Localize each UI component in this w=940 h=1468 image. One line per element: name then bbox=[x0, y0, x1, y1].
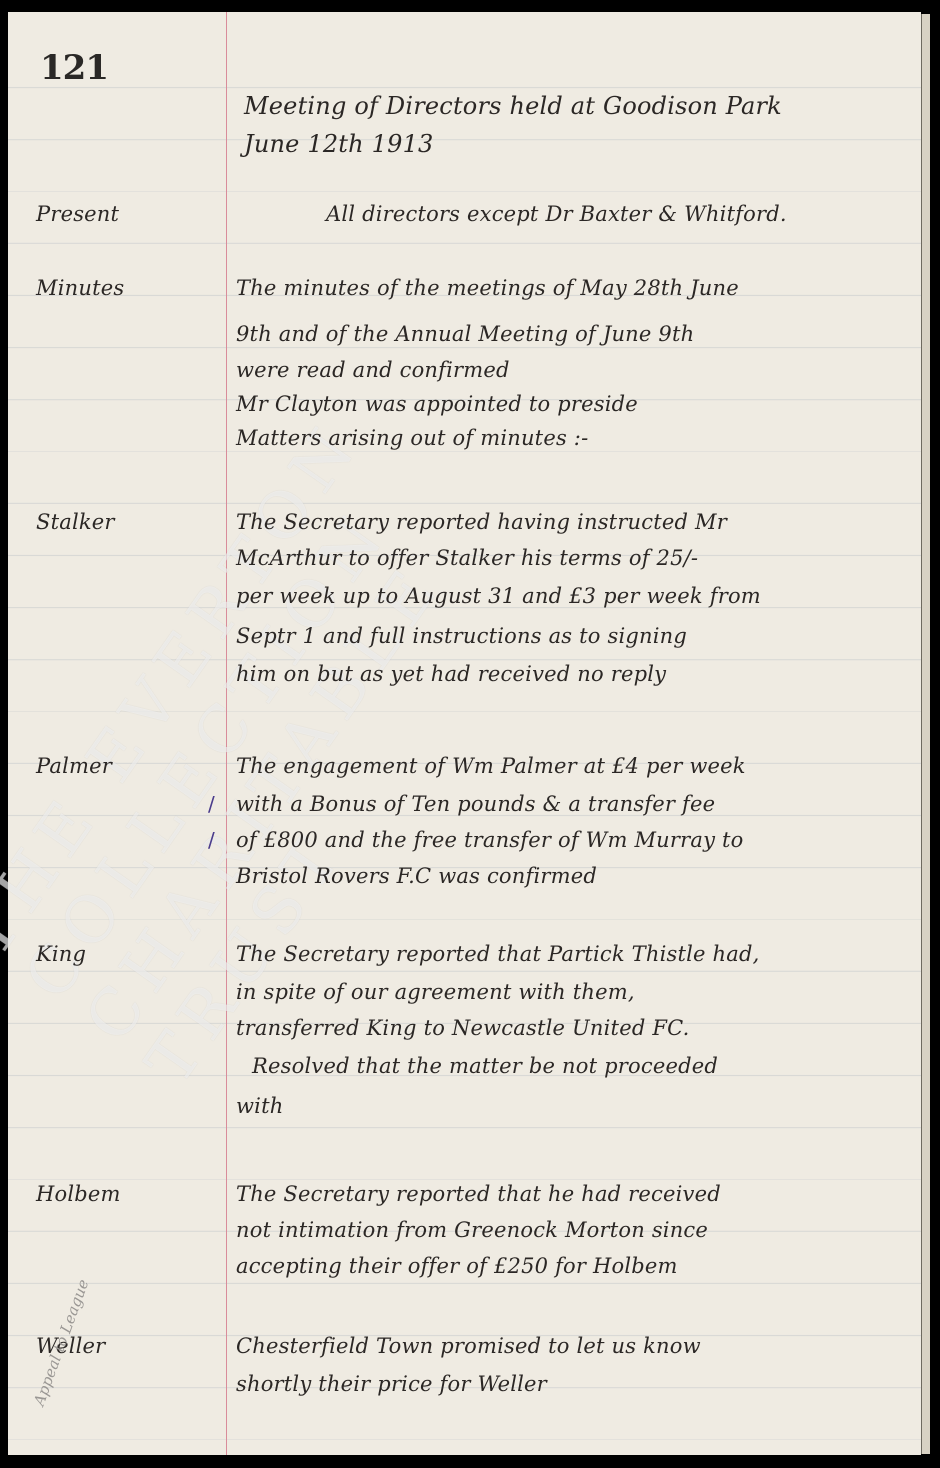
entry-line: The Secretary reported that Partick This… bbox=[236, 942, 760, 966]
meeting-date: June 12th 1913 bbox=[244, 130, 434, 158]
margin-rule bbox=[226, 12, 227, 1455]
entry-label-holbem: Holbem bbox=[36, 1182, 121, 1206]
entry-line: Chesterfield Town promised to let us kno… bbox=[236, 1334, 701, 1358]
entry-label-minutes: Minutes bbox=[36, 276, 124, 300]
page-number: 121 bbox=[40, 48, 108, 88]
entry-line: Resolved that the matter be not proceede… bbox=[236, 1054, 718, 1078]
entry-line: The minutes of the meetings of May 28th … bbox=[236, 276, 739, 300]
check-mark-icon: / bbox=[208, 792, 215, 816]
entry-line: were read and confirmed bbox=[236, 358, 510, 382]
entry-line: McArthur to offer Stalker his terms of 2… bbox=[236, 546, 698, 570]
entry-line: with a Bonus of Ten pounds & a transfer … bbox=[236, 792, 715, 816]
entry-line: Mr Clayton was appointed to preside bbox=[236, 392, 638, 416]
entry-line: The engagement of Wm Palmer at £4 per we… bbox=[236, 754, 746, 778]
entry-line: per week up to August 31 and £3 per week… bbox=[236, 584, 761, 608]
entry-label-present: Present bbox=[36, 202, 119, 226]
entry-line: Septr 1 and full instructions as to sign… bbox=[236, 624, 687, 648]
entry-label-stalker: Stalker bbox=[36, 510, 115, 534]
entry-line: accepting their offer of £250 for Holbem bbox=[236, 1254, 678, 1278]
entry-line: not intimation from Greenock Morton sinc… bbox=[236, 1218, 708, 1242]
entry-line: Bristol Rovers F.C was confirmed bbox=[236, 864, 597, 888]
entry-line: in spite of our agreement with them, bbox=[236, 980, 635, 1004]
entry-line: transferred King to Newcastle United FC. bbox=[236, 1016, 690, 1040]
page-edge bbox=[921, 14, 930, 1454]
entry-line: All directors except Dr Baxter & Whitfor… bbox=[326, 202, 787, 226]
entry-line: with bbox=[236, 1094, 283, 1118]
meeting-title: Meeting of Directors held at Goodison Pa… bbox=[244, 92, 782, 120]
entry-label-palmer: Palmer bbox=[36, 754, 112, 778]
entry-line: The Secretary reported that he had recei… bbox=[236, 1182, 721, 1206]
ledger-page: THE EVERTON COLLECTION CHARITABLE TRUST … bbox=[8, 12, 921, 1455]
entry-line: The Secretary reported having instructed… bbox=[236, 510, 727, 534]
entry-label-king: King bbox=[36, 942, 86, 966]
entry-line: Matters arising out of minutes :- bbox=[236, 426, 588, 450]
entry-line: him on but as yet had received no reply bbox=[236, 662, 666, 686]
check-mark-icon: / bbox=[208, 828, 215, 852]
entry-line: shortly their price for Weller bbox=[236, 1372, 547, 1396]
entry-line: 9th and of the Annual Meeting of June 9t… bbox=[236, 322, 694, 346]
entry-line: of £800 and the free transfer of Wm Murr… bbox=[236, 828, 744, 852]
